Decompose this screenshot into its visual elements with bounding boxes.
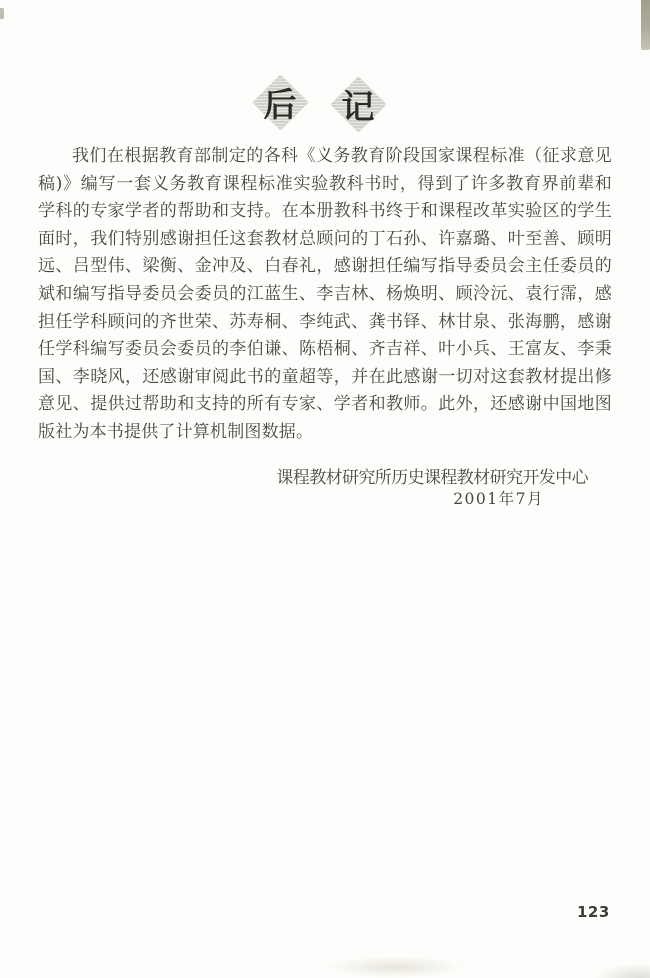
paragraph-line: 任学科编写委员会委员的李伯谦、陈梧桐、齐吉祥、叶小兵、王富友、李秉 — [38, 336, 612, 364]
paragraph-line: 意见、提供过帮助和支持的所有专家、学者和教师。此外，还感谢中国地图出 — [38, 391, 612, 419]
title-character: 记 — [328, 73, 388, 135]
paragraph-line: 远、吕型伟、梁衡、金冲及、白春礼，感谢担任编写指导委员会主任委员的柳 — [38, 253, 612, 281]
title-character: 后 — [250, 71, 310, 133]
afterword-paragraph: 我们在根据教育部制定的各科《义务教育阶段国家课程标准（征求意见 稿)》编写一套义… — [38, 143, 612, 447]
paragraph-line: 担任学科顾问的齐世荣、苏寿桐、李纯武、龚书铎、林甘泉、张海鹏，感谢担 — [38, 309, 612, 337]
scan-edge-artifact — [0, 8, 4, 19]
page-number: 123 — [577, 903, 610, 921]
signature-organization: 课程教材研究所历史课程教材研究开发中心 — [276, 463, 588, 488]
paragraph-line: 面时，我们特别感谢担任这套教材总顾问的丁石孙、许嘉璐、叶至善、顾明 — [38, 226, 612, 254]
paragraph-line: 斌和编写指导委员会委员的江蓝生、李吉林、杨焕明、顾泠沅、袁行霈，感谢 — [38, 281, 612, 309]
scanned-book-page: 后 记 我们在根据教育部制定的各科《义务教育阶段国家课程标准（征求意见 稿)》编… — [0, 0, 650, 978]
paragraph-line: 稿)》编写一套义务教育课程标准实验教科书时，得到了许多教育界前辈和各 — [38, 171, 612, 199]
scan-shadow-artifact — [596, 964, 650, 978]
signature-date: 2001年7月 — [453, 487, 544, 509]
afterword-title: 后 记 — [0, 70, 650, 134]
scan-edge-artifact — [641, 0, 650, 50]
paragraph-line: 学科的专家学者的帮助和支持。在本册教科书终于和课程改革实验区的学生见 — [38, 198, 612, 226]
paragraph-line: 版社为本书提供了计算机制图数据。 — [38, 419, 612, 447]
paragraph-line: 国、李晓风，还感谢审阅此书的童超等，并在此感谢一切对这套教材提出修改 — [38, 364, 612, 392]
paragraph-line: 我们在根据教育部制定的各科《义务教育阶段国家课程标准（征求意见 — [38, 143, 612, 171]
scan-shadow-artifact — [325, 956, 465, 978]
title-diamond: 记 — [328, 73, 388, 135]
title-diamond: 后 — [250, 71, 310, 133]
